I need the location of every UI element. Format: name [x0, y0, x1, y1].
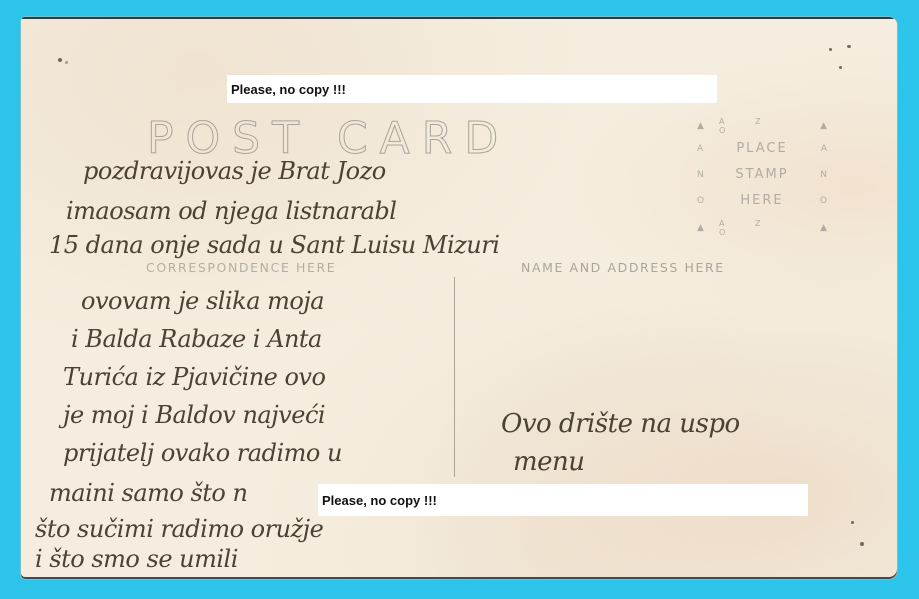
stamp-frame-letter: O	[820, 196, 827, 206]
postcard-back: POST CARD ▲ A Z O ▲ A PLACE A N STAMP N …	[21, 17, 897, 579]
age-spot	[65, 61, 68, 64]
triangle-icon: ▲	[697, 121, 704, 131]
watermark-banner: Please, no copy !!!	[227, 75, 717, 103]
stamp-frame-letter: A	[821, 144, 827, 154]
handwritten-line: što sučimi radimo oružje	[35, 515, 323, 543]
age-spot	[58, 58, 62, 62]
handwritten-line: je moj i Baldov najveći	[63, 401, 325, 429]
handwritten-line: menu	[513, 447, 585, 477]
stamp-row: ▲ A Z O ▲	[697, 117, 827, 135]
watermark-text: Please, no copy !!!	[231, 82, 346, 97]
stamp-frame-letter: A	[697, 144, 703, 154]
stamp-row: O HERE O	[697, 193, 827, 208]
handwritten-line: imaosam od njega listnarabl	[66, 197, 396, 225]
stamp-row: N STAMP N	[697, 167, 827, 182]
stamp-frame-letter: O	[697, 196, 704, 206]
correspondence-label: CORRESPONDENCE HERE	[146, 260, 336, 275]
watermark-text: Please, no copy !!!	[322, 493, 437, 508]
triangle-icon: ▲	[697, 223, 704, 233]
stamp-row: A PLACE A	[697, 141, 827, 156]
stamp-frame-text: A Z O	[719, 219, 805, 237]
age-spot	[860, 542, 864, 546]
stamp-frame-text: A Z O	[719, 117, 805, 135]
triangle-icon: ▲	[820, 223, 827, 233]
handwritten-line: prijatelj ovako radimo u	[63, 439, 342, 467]
stamp-here-label: HERE	[740, 193, 783, 208]
image-background: POST CARD ▲ A Z O ▲ A PLACE A N STAMP N …	[0, 0, 919, 599]
handwritten-line: i Balda Rabaze i Anta	[71, 325, 322, 353]
name-address-label: NAME AND ADDRESS HERE	[521, 260, 725, 275]
stamp-frame-letter: N	[820, 170, 827, 180]
handwritten-line: maini samo što n	[49, 479, 247, 507]
handwritten-line: i što smo se umili	[35, 545, 238, 573]
handwritten-line: Turića iz Pjavičine ovo	[63, 363, 325, 391]
watermark-banner: Please, no copy !!!	[318, 484, 808, 516]
stamp-row: ▲ A Z O ▲	[697, 219, 827, 237]
center-divider	[454, 277, 455, 477]
triangle-icon: ▲	[820, 121, 827, 131]
stamp-stamp-label: STAMP	[735, 167, 788, 182]
age-spot	[847, 45, 851, 48]
stamp-place-label: PLACE	[736, 141, 787, 156]
stamp-frame-letter: N	[697, 170, 704, 180]
age-spot	[851, 521, 854, 524]
age-spot	[839, 66, 842, 69]
handwritten-line: 15 dana onje sada u Sant Luisu Mizuri	[49, 231, 499, 259]
handwritten-line: Ovo drište na uspo	[501, 409, 740, 439]
age-spot	[829, 48, 832, 51]
handwritten-line: pozdravijovas je Brat Jozo	[83, 157, 386, 185]
handwritten-line: ovovam je slika moja	[81, 287, 324, 315]
place-stamp-box: ▲ A Z O ▲ A PLACE A N STAMP N O HERE O ▲	[697, 117, 827, 237]
